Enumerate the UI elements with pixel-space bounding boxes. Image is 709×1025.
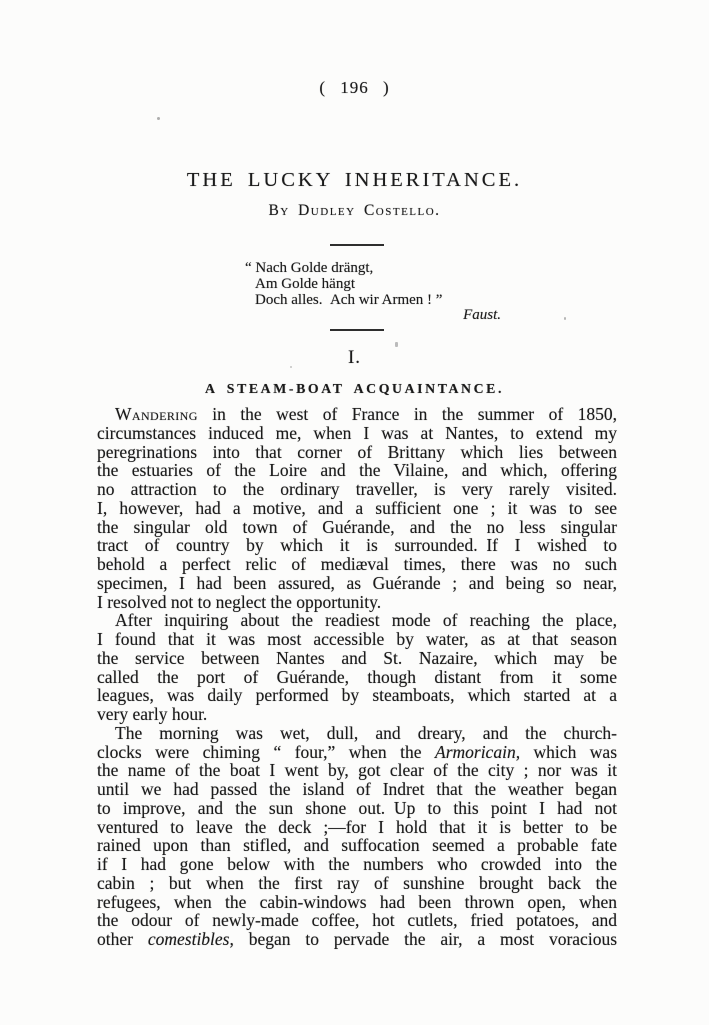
body-line: other comestibles, began to pervade the … [97,930,617,949]
comestibles-italic: comestibles, [148,929,234,949]
body-line: cabin ; but when the first ray of sunshi… [97,874,617,893]
body-line: circumstances induced me, when I was at … [97,424,617,443]
epigraph-line: “ Nach Golde drängt, [245,261,503,277]
scan-speck [290,366,292,368]
byline: By Dudley Costello. [0,202,709,220]
body-line: the odour of newly-made coffee, hot cutl… [97,911,617,930]
epigraph: “ Nach Golde drängt, Am Golde hängt Doch… [245,261,503,324]
body-line: the name of the boat I went by, got clea… [97,761,617,780]
body-line: clocks were chiming “ four,” when the Ar… [97,743,617,762]
epigraph-line: Doch alles. Ach wir Armen ! ” [245,293,503,309]
scan-speck [564,317,566,320]
body-line: very early hour. [97,705,617,724]
chapter-numeral: I. [0,347,709,369]
article-title: THE LUCKY INHERITANCE. [0,169,709,192]
body-line-text: clocks were chiming “ four,” when the [97,742,435,762]
body-line: The morning was wet, dull, and dreary, a… [97,724,617,743]
chapter-heading: A STEAM-BOAT ACQUAINTANCE. [0,381,709,397]
body-line: the estuaries of the Loire and the Vilai… [97,461,617,480]
body-line: leagues, was daily performed by steamboa… [97,686,617,705]
body-line: peregrinations into that corner of Britt… [97,443,617,462]
body-line-text: which was [520,742,617,762]
body-line-text: in the west of France in the summer of 1… [198,404,617,424]
body-line: until we had passed the island of Indret… [97,780,617,799]
body-line-text: other [97,929,148,949]
body-line: I, however, had a motive, and a sufficie… [97,499,617,518]
lead-small-caps: Wandering [115,404,198,424]
body-line: Wandering in the west of France in the s… [97,405,617,424]
scan-speck [395,342,398,347]
divider-rule [330,244,384,246]
divider-rule [330,329,384,331]
body-line: tract of country by which it is surround… [97,536,617,555]
body-line: After inquiring about the readiest mode … [97,611,617,630]
body-line: refugees, when the cabin-windows had bee… [97,893,617,912]
body-line: no attraction to the ordinary traveller,… [97,480,617,499]
book-page: ( 196 ) THE LUCKY INHERITANCE. By Dudley… [0,0,709,1025]
body-line: if I had gone below with the numbers who… [97,855,617,874]
body-text: Wandering in the west of France in the s… [97,405,617,949]
body-line: ventured to leave the deck ;—for I hold … [97,818,617,837]
body-line: behold a perfect relic of mediæval times… [97,555,617,574]
body-line: specimen, I had been assured, as Guérand… [97,574,617,593]
body-line: I resolved not to neglect the opportunit… [97,593,617,612]
body-line: the service between Nantes and St. Nazai… [97,649,617,668]
epigraph-attribution: Faust. [245,308,503,324]
body-line: rained upon than stifled, and suffocatio… [97,836,617,855]
page-number: ( 196 ) [0,78,709,98]
body-line: to improve, and the sun shone out. Up to… [97,799,617,818]
epigraph-line: Am Golde hängt [245,277,503,293]
body-line-text: began to pervade the air, a most voracio… [234,929,617,949]
body-line: I found that it was most accessible by w… [97,630,617,649]
body-line: the singular old town of Guérande, and t… [97,518,617,537]
scan-speck [157,117,160,120]
body-line: called the port of Guérande, though dist… [97,668,617,687]
boat-name-italic: Armoricain, [435,742,520,762]
